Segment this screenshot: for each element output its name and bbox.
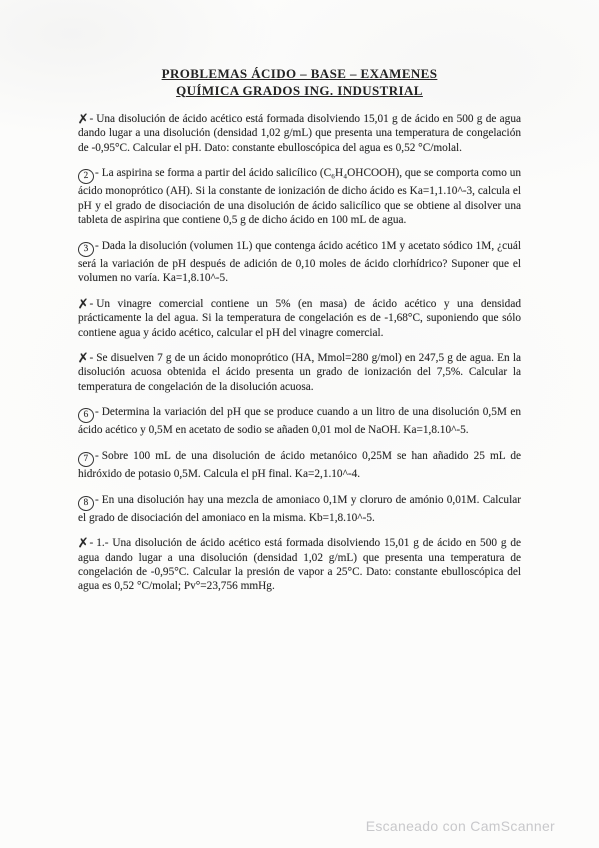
problem-3-text: Dada la disolución (volumen 1L) que cont… <box>78 240 521 285</box>
crossed-out-mark: ✗ <box>77 112 90 126</box>
document-content: PROBLEMAS ÁCIDO – BASE – EXAMENES QUÍMIC… <box>78 66 521 605</box>
circled-number: 8 <box>77 495 94 511</box>
problem-2-text: La aspirina se forma a partir del ácido … <box>78 167 521 226</box>
problem-1: ✗-Una disolución de ácido acético está f… <box>78 112 521 155</box>
scanned-document-page: PROBLEMAS ÁCIDO – BASE – EXAMENES QUÍMIC… <box>0 0 599 848</box>
problem-7-text: Sobre 100 mL de una disolución de ácido … <box>78 450 521 480</box>
problem-8-text: En una disolución hay una mezcla de amon… <box>78 494 521 524</box>
problem-5: ✗-Se disuelven 7 g de un ácido monopróti… <box>78 351 521 394</box>
problem-6: 6-Determina la variación del pH que se p… <box>78 405 521 438</box>
problem-5-text: Se disuelven 7 g de un ácido monoprótico… <box>78 352 521 393</box>
problem-2: 2-La aspirina se forma a partir del ácid… <box>78 166 521 227</box>
problem-6-text: Determina la variación del pH que se pro… <box>78 406 521 436</box>
title-line-2: QUÍMICA GRADOS ING. INDUSTRIAL <box>176 83 423 98</box>
problem-3: 3-Dada la disolución (volumen 1L) que co… <box>78 239 521 286</box>
problem-8: 8-En una disolución hay una mezcla de am… <box>78 493 521 526</box>
problem-9-text: 1.- Una disolución de ácido acético está… <box>78 537 521 592</box>
title-line-1: PROBLEMAS ÁCIDO – BASE – EXAMENES <box>162 66 438 81</box>
problem-7: 7-Sobre 100 mL de una disolución de ácid… <box>78 449 521 482</box>
problem-4-text: Un vinagre comercial contiene un 5% (en … <box>78 298 521 339</box>
problem-4: ✗-Un vinagre comercial contiene un 5% (e… <box>78 297 521 340</box>
circled-number: 2 <box>77 169 94 185</box>
circled-number: 7 <box>77 452 94 468</box>
crossed-out-mark: ✗ <box>77 351 90 365</box>
document-title: PROBLEMAS ÁCIDO – BASE – EXAMENES QUÍMIC… <box>78 66 521 99</box>
problem-9: ✗-1.- Una disolución de ácido acético es… <box>78 536 521 594</box>
circled-number: 3 <box>77 241 94 257</box>
circled-number: 6 <box>77 408 94 424</box>
crossed-out-mark: ✗ <box>77 537 90 551</box>
camscanner-watermark: Escaneado con CamScanner <box>366 818 555 834</box>
crossed-out-mark: ✗ <box>77 297 90 311</box>
problem-1-text: Una disolución de ácido acético está for… <box>78 113 521 154</box>
